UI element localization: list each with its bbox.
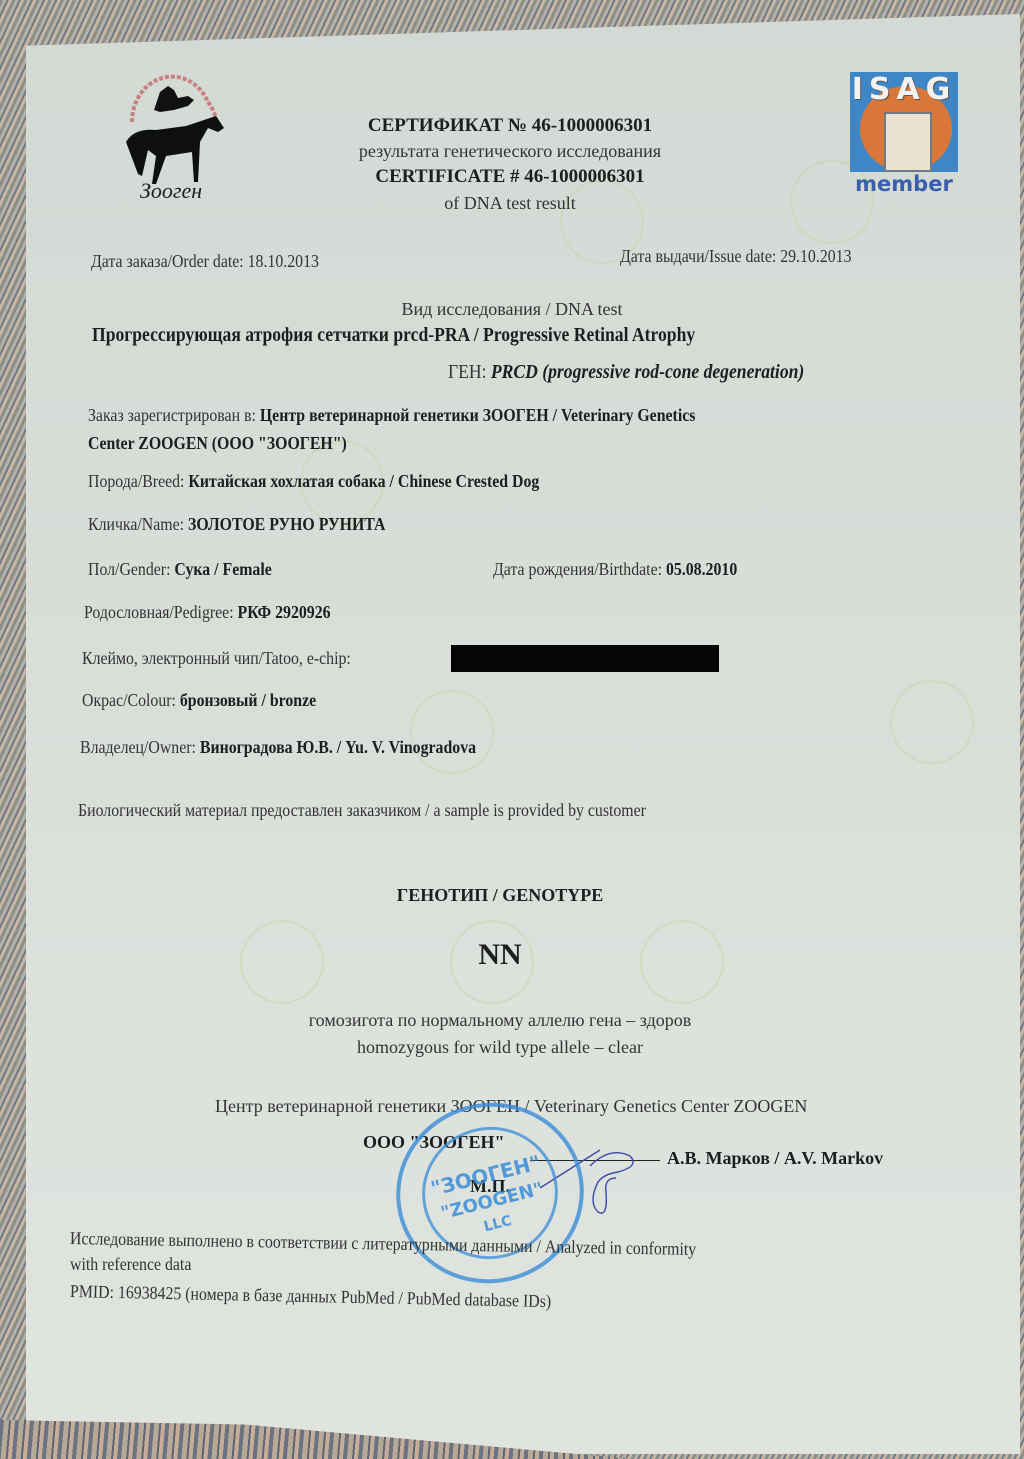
conformity-line2-text: with reference data	[70, 1254, 191, 1275]
genotype-value: NN	[0, 938, 1000, 972]
order-date-value: 18.10.2013	[248, 251, 319, 271]
isag-member-logo: ISAG member	[850, 72, 958, 202]
gender-value: Сука / Female	[174, 559, 271, 579]
registered-label: Заказ зарегистрирован в:	[88, 405, 256, 425]
colour-row: Окрас/Colour: бронзовый / bronze	[82, 690, 348, 711]
gene-value: PRCD (progressive rod-cone degeneration)	[491, 361, 804, 383]
test-name: Прогрессирующая атрофия сетчатки prcd-PR…	[92, 324, 777, 347]
registered-at: Заказ зарегистрирован в: Центр ветеринар…	[88, 405, 778, 426]
pedigree-value: РКФ 2920926	[238, 602, 331, 622]
gene-label: ГЕН:	[448, 361, 487, 383]
registered-value-line2-text: Center ZOOGEN (ООО "ЗООГЕН")	[88, 433, 347, 454]
order-date-label: Дата заказа/Order date:	[91, 251, 244, 271]
colour-label: Окрас/Colour:	[82, 690, 176, 710]
gene: ГЕН: PRCD (progressive rod-cone degenera…	[448, 361, 853, 384]
genotype-heading: ГЕНОТИП / GENOTYPE	[0, 885, 1000, 906]
chip-row: Клеймо, электронный чип/Tatoo, e-chip:	[82, 648, 387, 669]
owner-row: Владелец/Owner: Виноградова Ю.В. / Yu. V…	[80, 737, 530, 758]
issue-date-label: Дата выдачи/Issue date:	[620, 246, 776, 266]
chip-label: Клеймо, электронный чип/Tatoo, e-chip:	[82, 648, 351, 668]
issue-date: Дата выдачи/Issue date: 29.10.2013	[620, 246, 883, 267]
owner-label: Владелец/Owner:	[80, 737, 196, 757]
breed-value: Китайская хохлатая собака / Chinese Cres…	[188, 471, 539, 491]
name-value: ЗОЛОТОЕ РУНО РУНИТА	[188, 514, 385, 534]
birthdate-row: Дата рождения/Birthdate: 05.08.2010	[493, 559, 771, 580]
breed-row: Порода/Breed: Китайская хохлатая собака …	[88, 471, 601, 492]
sample-note: Биологический материал предоставлен зака…	[78, 800, 723, 821]
registered-value-line2: Center ZOOGEN (ООО "ЗООГЕН")	[88, 433, 382, 454]
owner-value: Виноградова Ю.В. / Yu. V. Vinogradova	[200, 737, 476, 757]
certificate-subtitle-ru: результата генетического исследования	[300, 141, 720, 162]
genotype-desc-en: homozygous for wild type allele – clear	[0, 1037, 1000, 1058]
birthdate-label: Дата рождения/Birthdate:	[493, 559, 662, 579]
test-name-text: Прогрессирующая атрофия сетчатки prcd-PR…	[92, 324, 695, 347]
breed-label: Порода/Breed:	[88, 471, 184, 491]
name-label: Кличка/Name:	[88, 514, 184, 534]
genotype-desc-ru: гомозигота по нормальному аллелю гена – …	[0, 1010, 1000, 1031]
issue-date-value: 29.10.2013	[780, 246, 851, 266]
registered-value: Центр ветеринарной генетики ЗООГЕН / Vet…	[260, 405, 696, 425]
signer-name: А.В. Марков / A.V. Markov	[667, 1148, 883, 1169]
isag-title: ISAG	[850, 72, 958, 107]
order-date: Дата заказа/Order date: 18.10.2013	[91, 251, 350, 272]
watermark-rose	[890, 680, 974, 764]
gender-label: Пол/Gender:	[88, 559, 170, 579]
pedigree-label: Родословная/Pedigree:	[84, 602, 234, 622]
conformity-line2: with reference data	[70, 1254, 208, 1275]
test-type-label: Вид исследования / DNA test	[0, 299, 1024, 320]
chip-value-redacted	[451, 645, 719, 672]
certificate-title-en: CERTIFICATE # 46-1000006301	[300, 166, 720, 188]
colour-value: бронзовый / bronze	[180, 690, 316, 710]
pedigree-row: Родословная/Pedigree: РКФ 2920926	[84, 602, 364, 623]
document-icon	[884, 112, 932, 172]
name-row: Кличка/Name: ЗОЛОТОЕ РУНО РУНИТА	[88, 514, 426, 535]
birthdate-value: 05.08.2010	[666, 559, 737, 579]
gender-row: Пол/Gender: Сука / Female	[88, 559, 297, 580]
sample-note-text: Биологический материал предоставлен зака…	[78, 800, 646, 821]
watermark-rose	[410, 690, 494, 774]
zoogen-logo: Зooген	[112, 62, 232, 212]
certificate-title-ru: СЕРТИФИКАТ № 46-1000006301	[300, 115, 720, 137]
certificate-subtitle-en: of DNA test result	[300, 193, 720, 214]
isag-member-label: member	[850, 172, 958, 196]
logo-text: Зooген	[140, 178, 202, 204]
